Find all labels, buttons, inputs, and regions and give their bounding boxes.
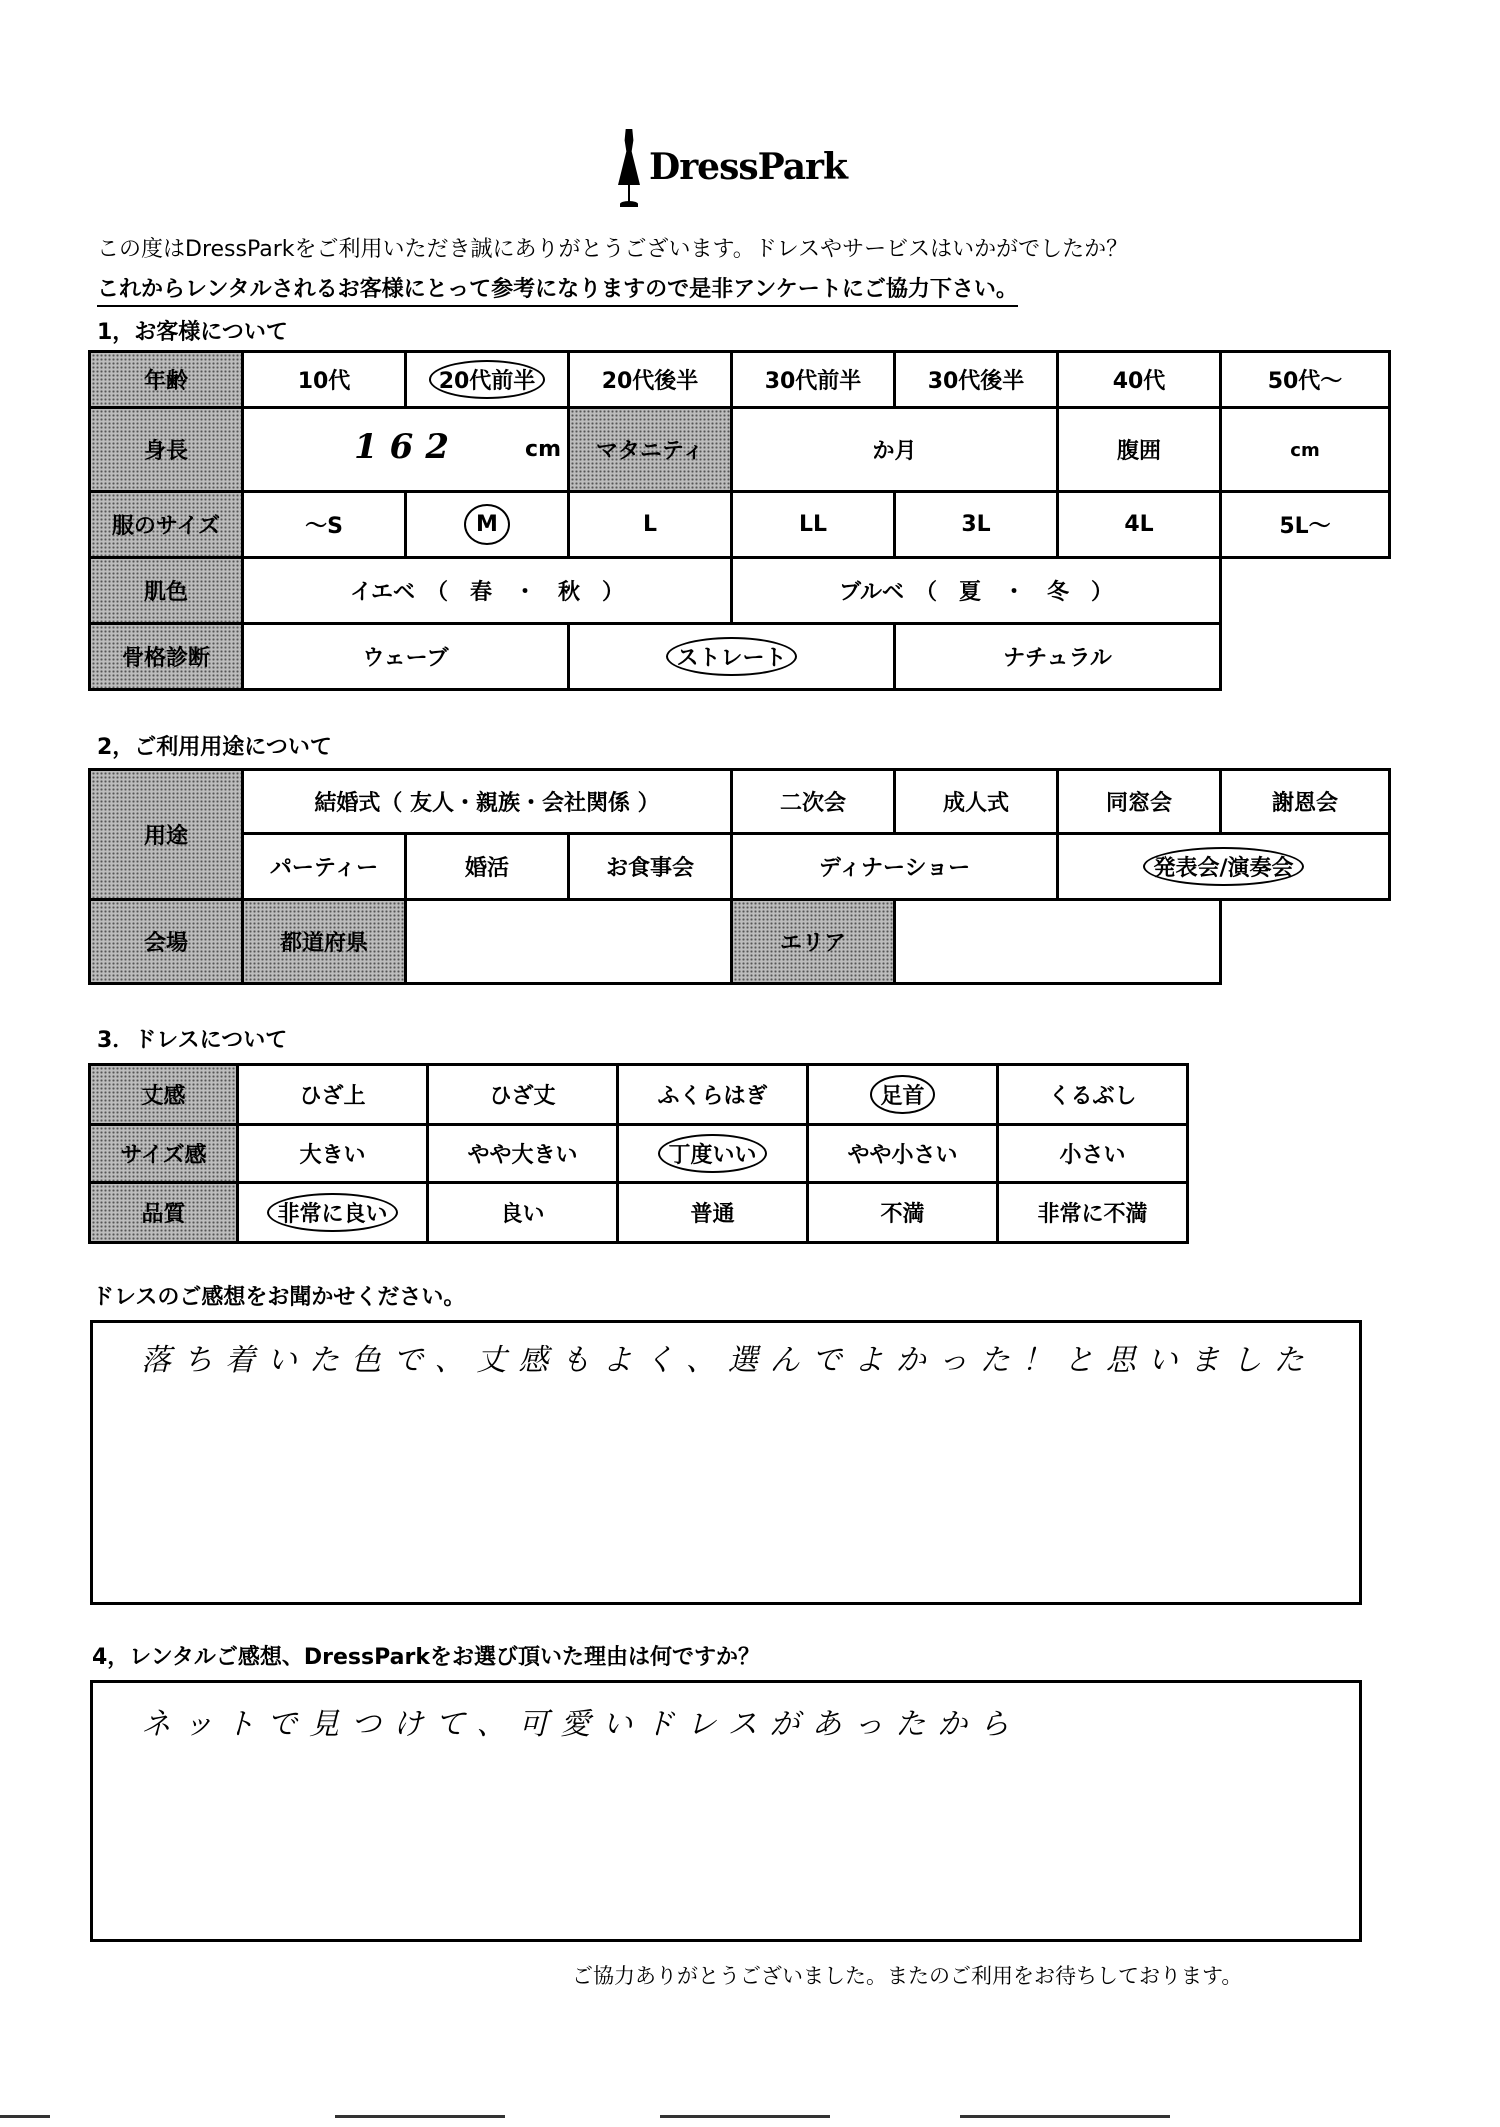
dress-comment-box[interactable]: 落ち着いた色で、丈感もよく、選んでよかった！と思いました xyxy=(90,1320,1362,1605)
selection-circle: ストレート xyxy=(666,637,796,676)
section2-title: 2，ご利用用途について xyxy=(97,730,332,761)
length-option[interactable]: ひざ上 xyxy=(238,1065,428,1125)
body-type-option[interactable]: ウェーブ xyxy=(243,624,569,690)
purpose-option[interactable]: 成人式 xyxy=(895,770,1058,834)
intro-request-text: これからレンタルされるお客様にとって参考になりますので是非アンケートにご協力下さ… xyxy=(97,272,1018,307)
purpose-option[interactable]: 二次会 xyxy=(732,770,895,834)
purpose-option[interactable]: 同窓会 xyxy=(1058,770,1221,834)
size-option[interactable]: 4L xyxy=(1058,492,1221,558)
fit-row: サイズ感 大きい やや大きい 丁度いい やや小さい 小さい xyxy=(90,1125,1188,1183)
skin-tone-option[interactable]: ブルベ （ 夏 ・ 冬 ） xyxy=(732,558,1221,624)
size-option[interactable]: LL xyxy=(732,492,895,558)
maternity-label: マタニティ xyxy=(569,408,732,492)
body-type-row: 骨格診断 ウェーブ ストレート ナチュラル xyxy=(90,624,1390,690)
quality-row: 品質 非常に良い 良い 普通 不満 非常に不満 xyxy=(90,1183,1188,1243)
quality-option[interactable]: 非常に不満 xyxy=(998,1183,1188,1243)
age-option[interactable]: 10代 xyxy=(243,352,406,408)
purpose-option[interactable]: ディナーショー xyxy=(732,834,1058,900)
section3-title: 3．ドレスについて xyxy=(97,1023,287,1054)
age-option[interactable]: 40代 xyxy=(1058,352,1221,408)
quality-label: 品質 xyxy=(90,1183,238,1243)
quality-option[interactable]: 良い xyxy=(428,1183,618,1243)
fit-option-selected[interactable]: 丁度いい xyxy=(618,1125,808,1183)
venue-label: 会場 xyxy=(90,900,243,984)
skin-tone-label: 肌色 xyxy=(90,558,243,624)
age-option-selected[interactable]: 20代前半 xyxy=(406,352,569,408)
height-label: 身長 xyxy=(90,408,243,492)
skin-tone-row: 肌色 イエベ （ 春 ・ 秋 ） ブルベ （ 夏 ・ 冬 ） xyxy=(90,558,1390,624)
size-option[interactable]: L xyxy=(569,492,732,558)
purpose-option[interactable]: 婚活 xyxy=(406,834,569,900)
size-option[interactable]: 5L〜 xyxy=(1221,492,1390,558)
age-option[interactable]: 30代後半 xyxy=(895,352,1058,408)
scan-artifact xyxy=(660,2115,830,2118)
age-option[interactable]: 30代前半 xyxy=(732,352,895,408)
thanks-text: ご協力ありがとうございました。またのご利用をお待ちしております。 xyxy=(572,1960,1242,1990)
skin-tone-option[interactable]: イエベ （ 春 ・ 秋 ） xyxy=(243,558,732,624)
length-option[interactable]: くるぶし xyxy=(998,1065,1188,1125)
area-label: エリア xyxy=(732,900,895,984)
age-option[interactable]: 50代〜 xyxy=(1221,352,1390,408)
waist-field[interactable]: cm xyxy=(1221,408,1390,492)
fit-option[interactable]: 大きい xyxy=(238,1125,428,1183)
dress-comment-prompt: ドレスのご感想をお聞かせください。 xyxy=(92,1280,465,1311)
selection-circle: 20代前半 xyxy=(429,360,546,399)
height-unit: cm xyxy=(525,437,561,462)
age-option[interactable]: 20代後半 xyxy=(569,352,732,408)
length-row: 丈感 ひざ上 ひざ丈 ふくらはぎ 足首 くるぶし xyxy=(90,1065,1188,1125)
fit-option[interactable]: 小さい xyxy=(998,1125,1188,1183)
age-label: 年齢 xyxy=(90,352,243,408)
prefecture-label: 都道府県 xyxy=(243,900,406,984)
usage-table: 用途 結婚式（ 友人・親族・会社関係 ） 二次会 成人式 同窓会 謝恩会 パーテ… xyxy=(88,768,1391,985)
purpose-option[interactable]: お食事会 xyxy=(569,834,732,900)
length-option[interactable]: ひざ丈 xyxy=(428,1065,618,1125)
selection-circle: 発表会/演奏会 xyxy=(1143,847,1303,886)
body-type-option-selected[interactable]: ストレート xyxy=(569,624,895,690)
length-option-selected[interactable]: 足首 xyxy=(808,1065,998,1125)
purpose-option[interactable]: パーティー xyxy=(243,834,406,900)
size-option[interactable]: 〜S xyxy=(243,492,406,558)
maternity-months-field[interactable]: か月 xyxy=(732,408,1058,492)
fit-option[interactable]: やや小さい xyxy=(808,1125,998,1183)
body-type-label: 骨格診断 xyxy=(90,624,243,690)
selection-circle: 丁度いい xyxy=(658,1134,766,1173)
size-row: 服のサイズ 〜S M L LL 3L 4L 5L〜 xyxy=(90,492,1390,558)
purpose-label: 用途 xyxy=(90,770,243,900)
height-field[interactable]: 162 cm xyxy=(243,408,569,492)
waist-label: 腹囲 xyxy=(1058,408,1221,492)
prefecture-field[interactable] xyxy=(406,900,732,984)
scan-artifact xyxy=(960,2115,1170,2118)
purpose-option-selected[interactable]: 発表会/演奏会 xyxy=(1058,834,1390,900)
area-field[interactable] xyxy=(895,900,1221,984)
customer-info-table: 年齢 10代 20代前半 20代後半 30代前半 30代後半 40代 50代〜 … xyxy=(88,350,1391,691)
age-row: 年齢 10代 20代前半 20代後半 30代前半 30代後半 40代 50代〜 xyxy=(90,352,1390,408)
length-option[interactable]: ふくらはぎ xyxy=(618,1065,808,1125)
brand-name: DressPark xyxy=(649,146,847,188)
fit-label: サイズ感 xyxy=(90,1125,238,1183)
rental-reason-answer: ネットで見つけて、可愛いドレスがあったから xyxy=(141,1699,1021,1743)
height-value: 162 xyxy=(354,427,461,467)
length-label: 丈感 xyxy=(90,1065,238,1125)
venue-row: 会場 都道府県 エリア xyxy=(90,900,1390,984)
purpose-row-2: パーティー 婚活 お食事会 ディナーショー 発表会/演奏会 xyxy=(90,834,1390,900)
dress-table: 丈感 ひざ上 ひざ丈 ふくらはぎ 足首 くるぶし サイズ感 大きい やや大きい … xyxy=(88,1063,1189,1244)
section1-title: 1，お客様について xyxy=(97,315,288,346)
scan-artifact xyxy=(0,2115,50,2118)
size-option[interactable]: 3L xyxy=(895,492,1058,558)
fit-option[interactable]: やや大きい xyxy=(428,1125,618,1183)
height-row: 身長 162 cm マタニティ か月 腹囲 cm xyxy=(90,408,1390,492)
purpose-option[interactable]: 結婚式（ 友人・親族・会社関係 ） xyxy=(243,770,732,834)
rental-reason-box[interactable]: ネットで見つけて、可愛いドレスがあったから xyxy=(90,1680,1362,1942)
quality-option[interactable]: 普通 xyxy=(618,1183,808,1243)
quality-option[interactable]: 不満 xyxy=(808,1183,998,1243)
intro-text: この度はDressParkをご利用いただき誠にありがとうございます。ドレスやサー… xyxy=(97,232,1128,263)
selection-circle: 足首 xyxy=(870,1075,934,1114)
dress-comment-answer: 落ち着いた色で、丈感もよく、選んでよかった！と思いました xyxy=(141,1335,1316,1379)
purpose-row-1: 用途 結婚式（ 友人・親族・会社関係 ） 二次会 成人式 同窓会 謝恩会 xyxy=(90,770,1390,834)
selection-circle: 非常に良い xyxy=(267,1193,397,1232)
purpose-option[interactable]: 謝恩会 xyxy=(1221,770,1390,834)
body-type-option[interactable]: ナチュラル xyxy=(895,624,1221,690)
size-label: 服のサイズ xyxy=(90,492,243,558)
quality-option-selected[interactable]: 非常に良い xyxy=(238,1183,428,1243)
dress-form-icon xyxy=(615,123,643,211)
dresspark-logo: DressPark xyxy=(615,122,847,212)
selection-circle: M xyxy=(464,504,510,545)
section4-title: 4，レンタルご感想、DressParkをお選び頂いた理由は何ですか？ xyxy=(92,1640,760,1671)
size-option-selected[interactable]: M xyxy=(406,492,569,558)
scan-artifact xyxy=(335,2115,505,2118)
